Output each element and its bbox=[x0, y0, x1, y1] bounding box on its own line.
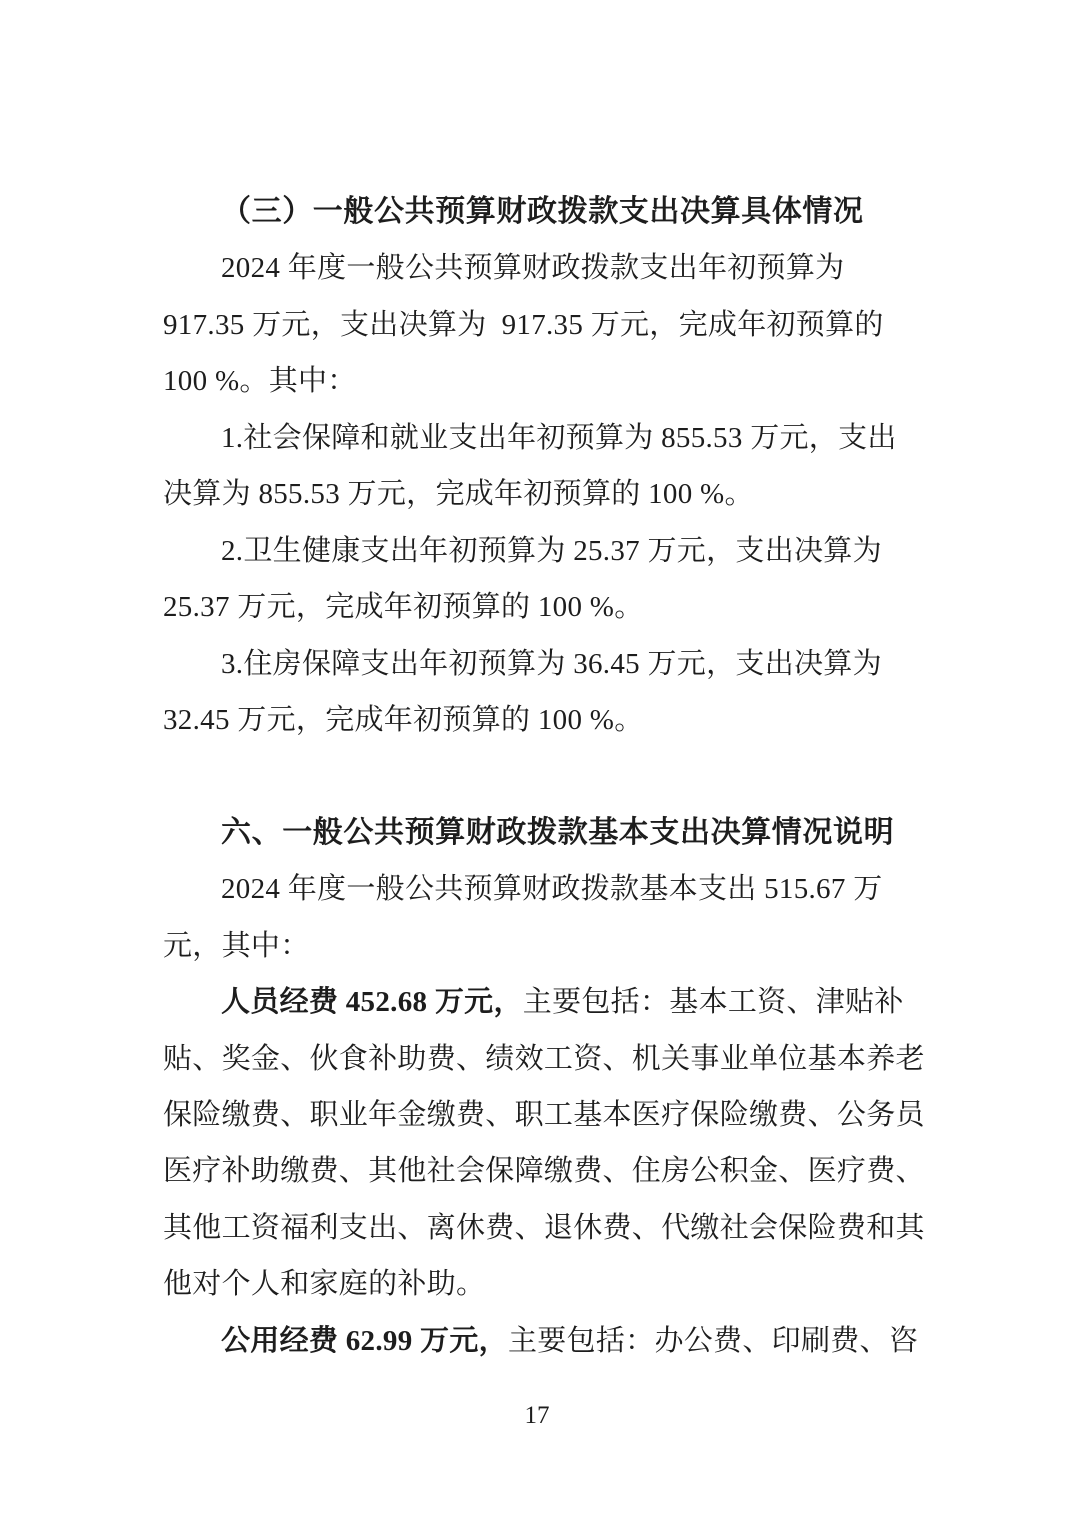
bold-lead-public-funds: 公用经费 62.99 万元， bbox=[221, 1325, 508, 1357]
section-heading-3: （三）一般公共预算财政拨款支出决算具体情况 bbox=[163, 184, 915, 240]
paragraph-line: 2.卫生健康支出年初预算为 25.37 万元，支出决算为 bbox=[163, 523, 915, 579]
line-rest: 主要包括：办公费、印刷费、咨 bbox=[508, 1325, 918, 1357]
paragraph-line: 3.住房保障支出年初预算为 36.45 万元，支出决算为 bbox=[163, 636, 915, 692]
paragraph-line: 贴、奖金、伙食补助费、绩效工资、机关事业单位基本养老 bbox=[163, 1031, 915, 1087]
paragraph-line: 公用经费 62.99 万元，主要包括：办公费、印刷费、咨 bbox=[163, 1313, 915, 1369]
paragraph-line: 他对个人和家庭的补助。 bbox=[163, 1256, 915, 1312]
document-body: （三）一般公共预算财政拨款支出决算具体情况 2024 年度一般公共预算财政拨款支… bbox=[163, 184, 915, 1369]
paragraph-line: 2024 年度一般公共预算财政拨款基本支出 515.67 万 bbox=[163, 861, 915, 917]
paragraph-line: 100 %。其中： bbox=[163, 353, 915, 409]
paragraph-line: 917.35 万元，支出决算为 917.35 万元，完成年初预算的 bbox=[163, 297, 915, 353]
blank-line bbox=[163, 748, 915, 804]
bold-lead-personnel-funds: 人员经费 452.68 万元， bbox=[221, 986, 523, 1018]
section-heading-6: 六、一般公共预算财政拨款基本支出决算情况说明 bbox=[163, 805, 915, 861]
paragraph-line: 2024 年度一般公共预算财政拨款支出年初预算为 bbox=[163, 240, 915, 296]
paragraph-line: 医疗补助缴费、其他社会保障缴费、住房公积金、医疗费、 bbox=[163, 1143, 915, 1199]
paragraph-line: 决算为 855.53 万元，完成年初预算的 100 %。 bbox=[163, 466, 915, 522]
paragraph-line: 32.45 万元，完成年初预算的 100 %。 bbox=[163, 692, 915, 748]
paragraph-line: 其他工资福利支出、离休费、退休费、代缴社会保险费和其 bbox=[163, 1200, 915, 1256]
line-rest: 主要包括：基本工资、津贴补 bbox=[523, 986, 904, 1018]
page-number: 17 bbox=[0, 1400, 1074, 1432]
paragraph-line: 1.社会保障和就业支出年初预算为 855.53 万元，支出 bbox=[163, 410, 915, 466]
document-page: （三）一般公共预算财政拨款支出决算具体情况 2024 年度一般公共预算财政拨款支… bbox=[0, 0, 1074, 1520]
paragraph-line: 25.37 万元，完成年初预算的 100 %。 bbox=[163, 579, 915, 635]
paragraph-line: 元，其中： bbox=[163, 918, 915, 974]
paragraph-line: 保险缴费、职业年金缴费、职工基本医疗保险缴费、公务员 bbox=[163, 1087, 915, 1143]
paragraph-line: 人员经费 452.68 万元，主要包括：基本工资、津贴补 bbox=[163, 974, 915, 1030]
